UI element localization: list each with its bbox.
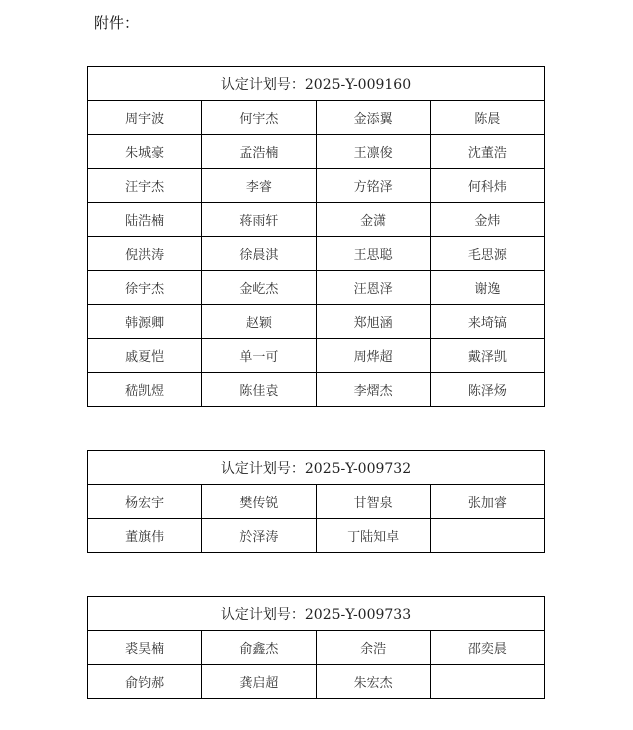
name-cell: 毛思源: [430, 237, 544, 271]
name-cell: 单一可: [202, 339, 316, 373]
table-row: 倪洪涛 徐晨淇 王思聪 毛思源: [88, 237, 545, 271]
name-cell: 陈泽炀: [430, 373, 544, 407]
table-row: 裘昊楠 俞鑫杰 余浩 邵奕晨: [88, 631, 545, 665]
name-cell: 孟浩楠: [202, 135, 316, 169]
name-cell: 徐宇杰: [88, 271, 202, 305]
table-row: 嵇凯煜 陈佳袁 李熠杰 陈泽炀: [88, 373, 545, 407]
name-cell: 沈董浩: [430, 135, 544, 169]
name-cell: 来埼镐: [430, 305, 544, 339]
name-cell: 戴泽凯: [430, 339, 544, 373]
name-cell: 金屹杰: [202, 271, 316, 305]
name-cell: 倪洪涛: [88, 237, 202, 271]
name-cell: 朱宏杰: [316, 665, 430, 699]
table-row: 俞钧郝 龚启超 朱宏杰: [88, 665, 545, 699]
plan-number-title: 认定计划号：2025-Y-009733: [88, 597, 545, 631]
table-row: 董旗伟 於泽涛 丁陆知卓: [88, 519, 545, 553]
table-header-row: 认定计划号：2025-Y-009733: [88, 597, 545, 631]
table-row: 戚夏恺 单一可 周烨超 戴泽凯: [88, 339, 545, 373]
name-cell: 陆浩楠: [88, 203, 202, 237]
name-cell: 裘昊楠: [88, 631, 202, 665]
name-cell: 金潇: [316, 203, 430, 237]
name-cell: 龚启超: [202, 665, 316, 699]
name-cell: 董旗伟: [88, 519, 202, 553]
empty-cell: [430, 665, 544, 699]
name-cell: 汪宇杰: [88, 169, 202, 203]
plan-number-title: 认定计划号：2025-Y-009732: [88, 451, 545, 485]
name-cell: 於泽涛: [202, 519, 316, 553]
name-cell: 何宇杰: [202, 101, 316, 135]
name-cell: 李睿: [202, 169, 316, 203]
name-cell: 周烨超: [316, 339, 430, 373]
name-cell: 徐晨淇: [202, 237, 316, 271]
name-cell: 陈佳袁: [202, 373, 316, 407]
table-row: 汪宇杰 李睿 方铭泽 何科炜: [88, 169, 545, 203]
table-row: 周宇波 何宇杰 金添翼 陈晨: [88, 101, 545, 135]
name-cell: 俞钧郝: [88, 665, 202, 699]
name-cell: 李熠杰: [316, 373, 430, 407]
name-cell: 嵇凯煜: [88, 373, 202, 407]
name-cell: 陈晨: [430, 101, 544, 135]
name-cell: 张加睿: [430, 485, 544, 519]
name-cell: 俞鑫杰: [202, 631, 316, 665]
name-cell: 王凛俊: [316, 135, 430, 169]
name-cell: 郑旭涵: [316, 305, 430, 339]
table-row: 朱城豪 孟浩楠 王凛俊 沈董浩: [88, 135, 545, 169]
name-cell: 汪恩泽: [316, 271, 430, 305]
name-cell: 余浩: [316, 631, 430, 665]
name-cell: 周宇波: [88, 101, 202, 135]
name-cell: 甘智泉: [316, 485, 430, 519]
empty-cell: [430, 519, 544, 553]
table-row: 陆浩楠 蒋雨轩 金潇 金炜: [88, 203, 545, 237]
table-row: 杨宏宇 樊传锐 甘智泉 张加睿: [88, 485, 545, 519]
table-header-row: 认定计划号：2025-Y-009160: [88, 67, 545, 101]
name-cell: 邵奕晨: [430, 631, 544, 665]
table-row: 韩源卿 赵颖 郑旭涵 来埼镐: [88, 305, 545, 339]
name-cell: 赵颖: [202, 305, 316, 339]
name-cell: 杨宏宇: [88, 485, 202, 519]
name-cell: 丁陆知卓: [316, 519, 430, 553]
plan-number-title: 认定计划号：2025-Y-009160: [88, 67, 545, 101]
name-cell: 金炜: [430, 203, 544, 237]
attachment-label: 附件：: [94, 12, 139, 33]
name-cell: 朱城豪: [88, 135, 202, 169]
table-header-row: 认定计划号：2025-Y-009732: [88, 451, 545, 485]
plan-table-009732: 认定计划号：2025-Y-009732 杨宏宇 樊传锐 甘智泉 张加睿 董旗伟 …: [87, 450, 545, 553]
plan-table-009160: 认定计划号：2025-Y-009160 周宇波 何宇杰 金添翼 陈晨 朱城豪 孟…: [87, 66, 545, 407]
name-cell: 韩源卿: [88, 305, 202, 339]
name-cell: 谢逸: [430, 271, 544, 305]
name-cell: 金添翼: [316, 101, 430, 135]
name-cell: 何科炜: [430, 169, 544, 203]
name-cell: 王思聪: [316, 237, 430, 271]
name-cell: 蒋雨轩: [202, 203, 316, 237]
plan-table-009733: 认定计划号：2025-Y-009733 裘昊楠 俞鑫杰 余浩 邵奕晨 俞钧郝 龚…: [87, 596, 545, 699]
table-row: 徐宇杰 金屹杰 汪恩泽 谢逸: [88, 271, 545, 305]
name-cell: 樊传锐: [202, 485, 316, 519]
name-cell: 方铭泽: [316, 169, 430, 203]
name-cell: 戚夏恺: [88, 339, 202, 373]
